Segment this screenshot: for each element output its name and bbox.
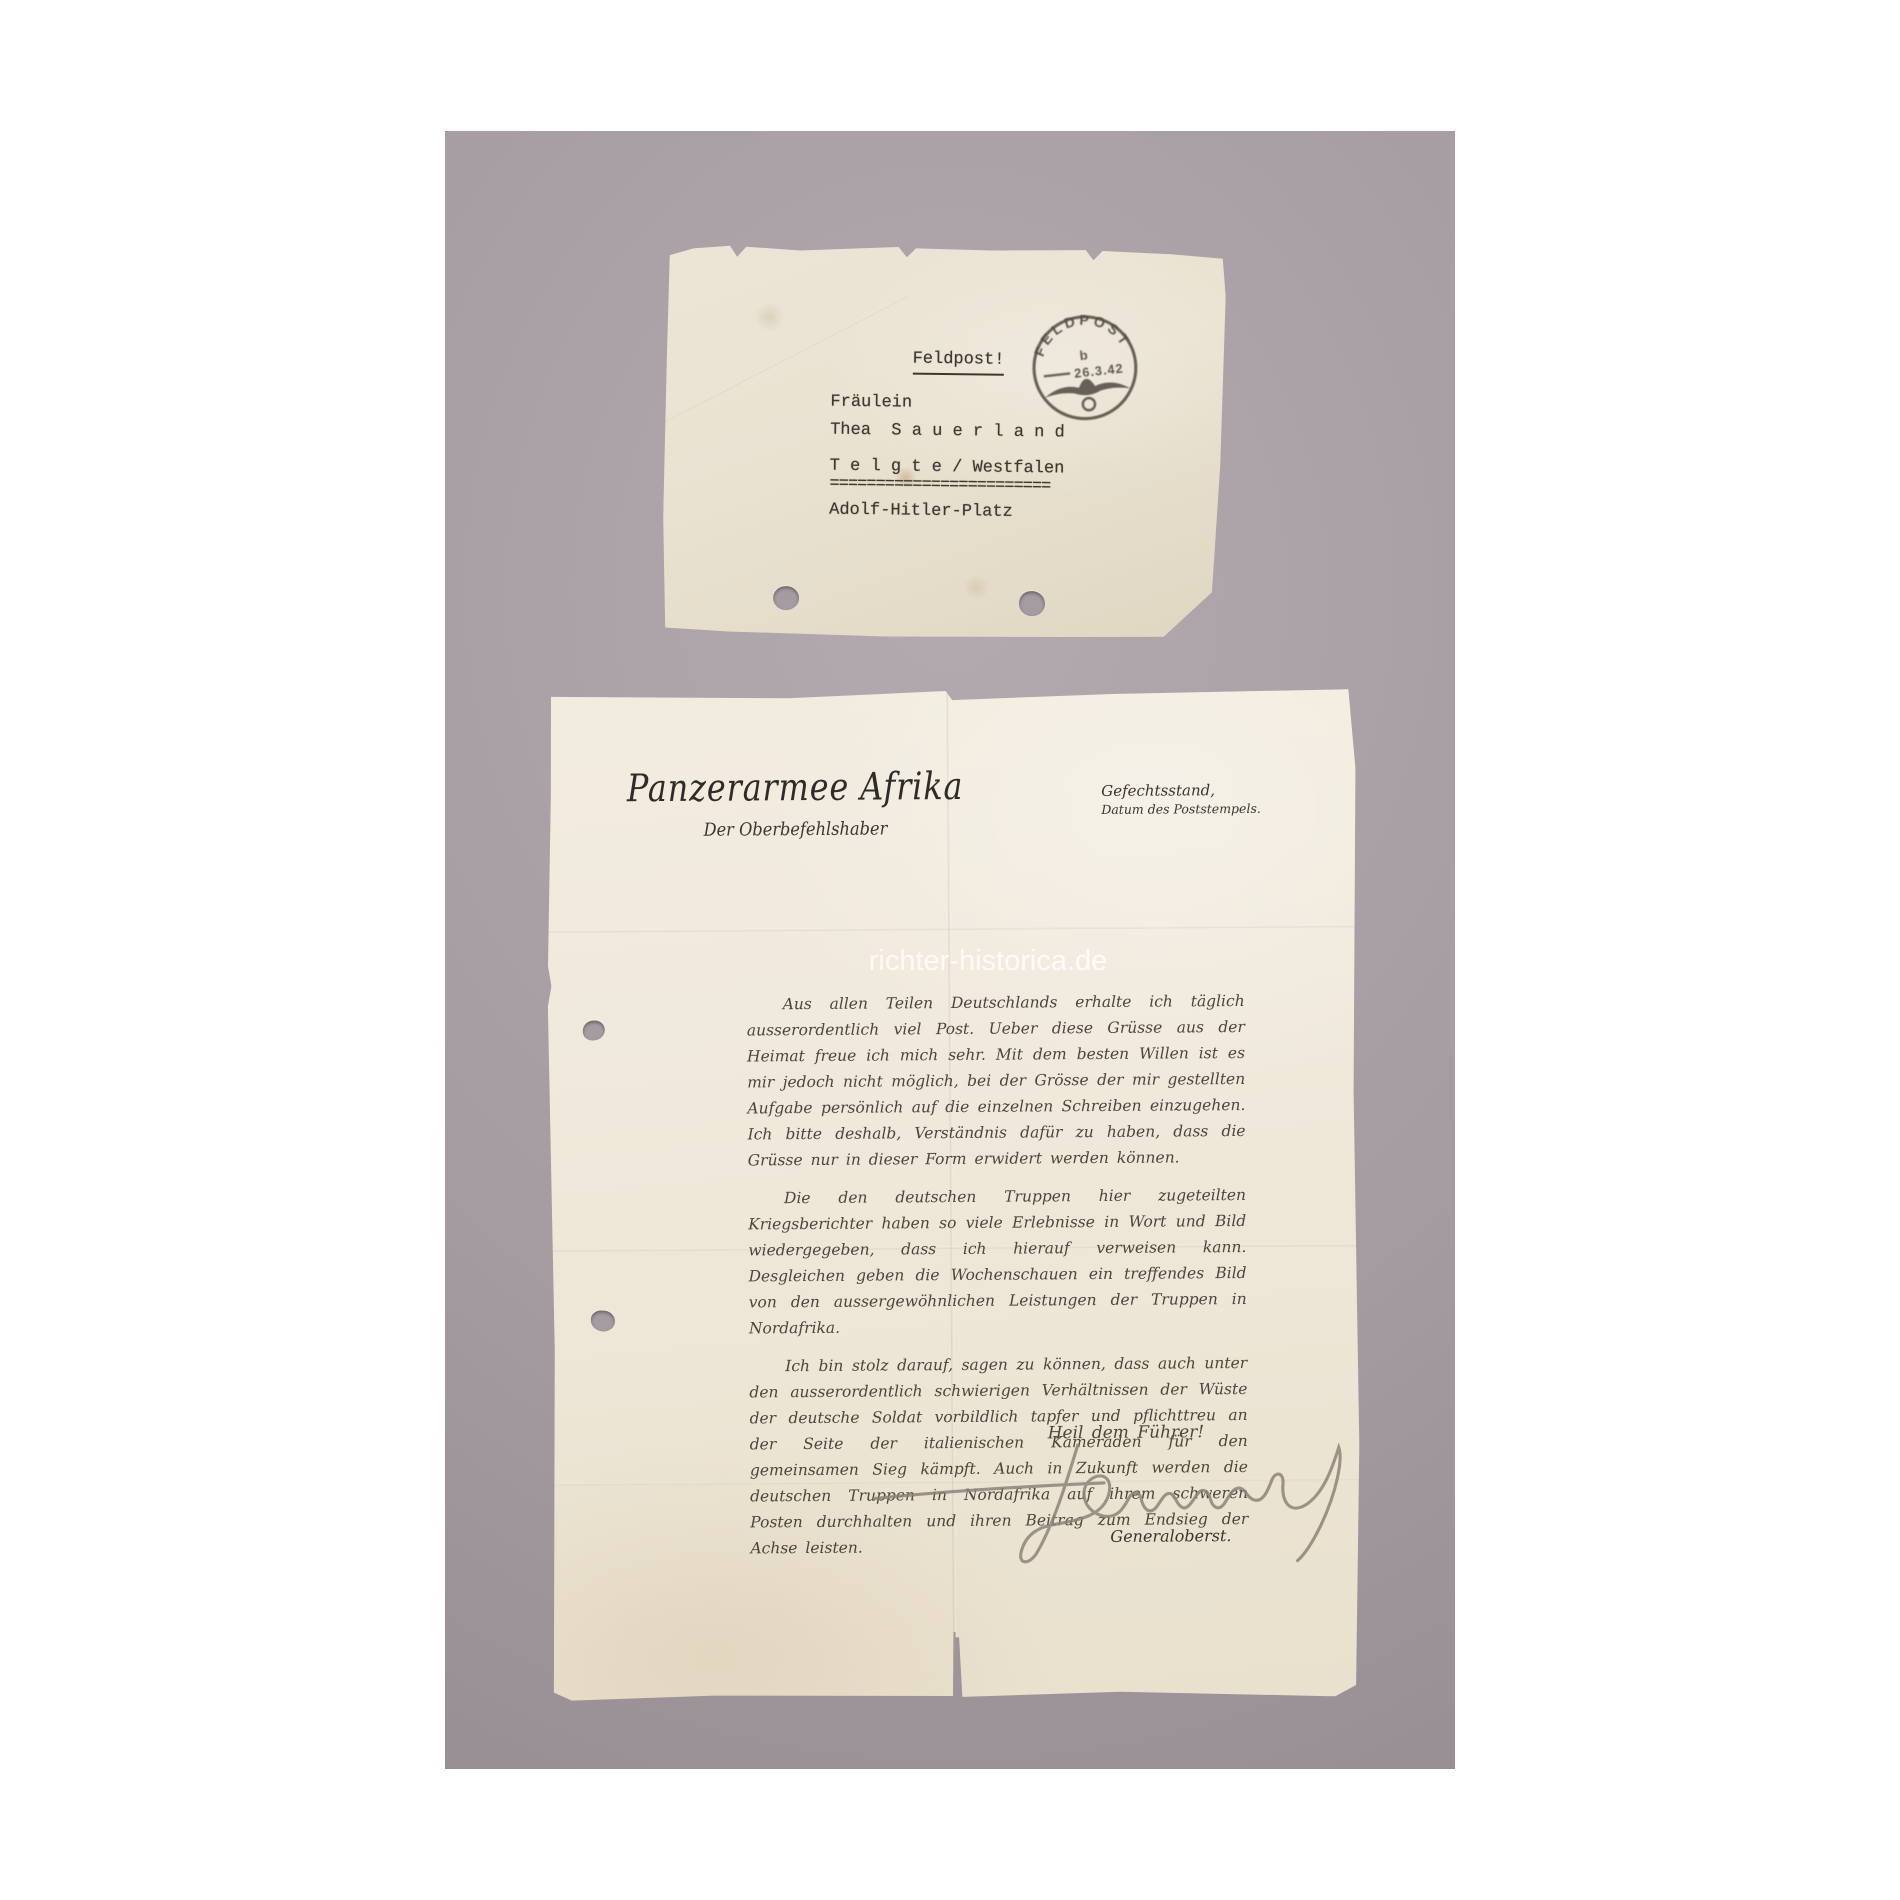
punch-hole bbox=[1019, 591, 1045, 616]
paper-stain bbox=[961, 576, 991, 598]
letterhead-right-block: Gefechtsstand, Datum des Poststempels. bbox=[1101, 780, 1261, 819]
fold-crease-horizontal bbox=[546, 924, 1358, 933]
postmark-dash bbox=[1044, 373, 1070, 376]
punch-hole bbox=[773, 586, 799, 610]
feldpost-envelope: Feldpost! Fräulein Thea S a u e r l a n … bbox=[661, 243, 1228, 642]
watermark: richter-historica.de bbox=[843, 945, 1133, 978]
photo-backdrop: Feldpost! Fräulein Thea S a u e r l a n … bbox=[445, 131, 1455, 1769]
signer-rank: Generaloberst. bbox=[1110, 1526, 1231, 1546]
punch-hole bbox=[591, 1310, 615, 1331]
letterhead-date-line: Datum des Poststempels. bbox=[1101, 800, 1261, 819]
envelope-salutation: Fräulein bbox=[830, 393, 912, 414]
envelope-feldpost-text: Feldpost! bbox=[912, 350, 1004, 376]
rommel-signature-autograph bbox=[868, 1429, 1349, 1572]
letter-paragraph-1: Aus allen Teilen Deutschlands erhalte ic… bbox=[747, 988, 1246, 1173]
paper-stain bbox=[752, 304, 786, 330]
postmark-date: 26.3.42 bbox=[1073, 361, 1124, 381]
punch-hole bbox=[583, 1020, 605, 1040]
letter-paragraph-2: Die den deutschen Truppen hier zugeteilt… bbox=[748, 1182, 1247, 1341]
envelope-feldpost-label: Feldpost! bbox=[831, 329, 1005, 396]
envelope-addressee-name: Thea S a u e r l a n d bbox=[830, 421, 1065, 444]
letterhead-title: Panzerarmee Afrika bbox=[619, 764, 972, 810]
envelope-street-line: Adolf-Hitler-Platz bbox=[829, 501, 1013, 523]
panzerarmee-letter: Panzerarmee Afrika Der Oberbefehlshaber … bbox=[544, 687, 1363, 1705]
postmark-code-letter: b bbox=[1079, 347, 1089, 363]
letterhead-subtitle: Der Oberbefehlshaber bbox=[606, 818, 984, 842]
signature-cross-stroke bbox=[874, 1483, 1104, 1499]
letterhead-place-line: Gefechtsstand, bbox=[1101, 780, 1261, 801]
photo-canvas: Feldpost! Fräulein Thea S a u e r l a n … bbox=[0, 0, 1900, 1900]
envelope-city-underline: ======================== bbox=[829, 475, 1050, 498]
paper-tear bbox=[953, 1632, 956, 1694]
feldpost-postmark-stamp: FELDPOST b 26.3.42 bbox=[1023, 306, 1147, 430]
